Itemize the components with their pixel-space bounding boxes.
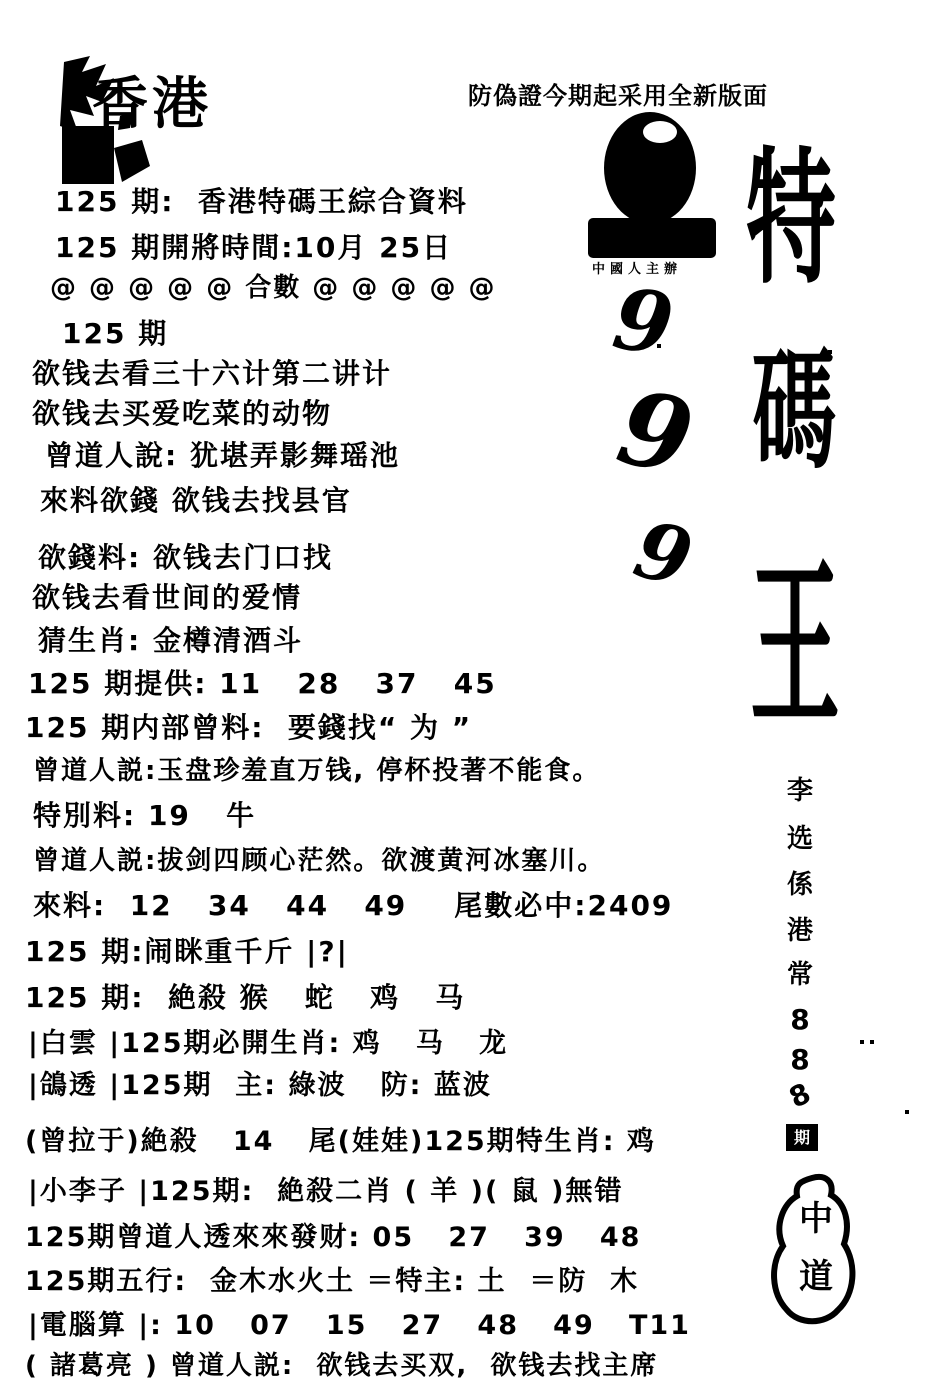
anti-counterfeit-slogan: 防偽證今期起采用全新版面 bbox=[468, 76, 768, 111]
portrait-silhouette bbox=[560, 108, 735, 260]
line-money-tip-3: 欲钱去看世间的爱情 bbox=[32, 582, 302, 614]
seal-char-top: 中 bbox=[799, 1199, 833, 1239]
line-combined-number: @ @ @ @ @ 合數 @ @ @ @ @ bbox=[50, 274, 497, 304]
tip-sheet-page: 香港 防偽證今期起采用全新版面 中國人主辦 特 碼 王 9 9 9 李 选 係 … bbox=[0, 0, 938, 1388]
line-lailiao-numbers: 來料: 12 34 44 49 尾數必中:2409 bbox=[33, 890, 673, 922]
scan-speck bbox=[870, 1040, 874, 1044]
line-computer-calc: |電腦算 |: 10 07 15 27 48 49 T11 bbox=[28, 1310, 691, 1341]
side-column-char: 李 bbox=[783, 778, 817, 804]
line-jue-sha: 125 期: 絶殺 猴 蛇 鸡 马 bbox=[25, 982, 465, 1014]
side-column-boxed-char: 期 bbox=[786, 1124, 818, 1151]
line-money-tip-2: 欲钱去买爱吃菜的动物 bbox=[32, 398, 332, 430]
side-column-digit: 8 bbox=[783, 1006, 817, 1034]
line-getou: |鴿透 |125期 主: 綠波 防: 蓝波 bbox=[28, 1070, 492, 1101]
line-riddle: 125 期:闹眯重千斤 |?| bbox=[25, 936, 349, 968]
masthead-char-te: 特 bbox=[746, 146, 836, 292]
side-column-char: 常 bbox=[783, 962, 817, 988]
line-yuqian-liao: 欲錢料: 欲钱去门口找 bbox=[38, 542, 333, 574]
side-column-char: 港 bbox=[783, 918, 817, 944]
line-zhugeliang: ( 諸葛亮 ) 曾道人説: 欲钱去买双, 欲钱去找主席 bbox=[25, 1352, 658, 1382]
line-issue-title: 125 期: 香港特碼王綜合資料 bbox=[55, 186, 468, 218]
script-nine-2: 9 bbox=[610, 376, 701, 491]
masthead-char-ma: 碼 bbox=[752, 346, 836, 476]
gourd-seal: 中 道 bbox=[766, 1172, 866, 1332]
line-money-tip-1: 欲钱去看三十六计第二讲计 bbox=[32, 358, 392, 390]
line-special-liao: 特別料: 19 牛 bbox=[33, 800, 256, 832]
line-wuxing: 125期五行: 金木水火土 ＝特主: 土 ＝防 木 bbox=[25, 1266, 639, 1297]
masthead-char-wang: 王 bbox=[750, 556, 840, 736]
line-zengdaoren-2: 曾道人説:玉盘珍羞直万钱, 停杯投著不能食。 bbox=[33, 757, 600, 787]
side-column-char: 选 bbox=[783, 826, 817, 852]
line-facai-numbers: 125期曾道人透來來發财: 05 27 39 48 bbox=[25, 1222, 641, 1253]
side-column-digit: 8 bbox=[779, 1076, 822, 1116]
scan-speck bbox=[657, 344, 661, 348]
line-issue: 125 期 bbox=[62, 318, 168, 350]
line-xiaolizi: |小李子 |125期: 絶殺二肖 ( 羊 )( 鼠 )無错 bbox=[28, 1176, 623, 1207]
line-provided-numbers: 125 期提供: 11 28 37 45 bbox=[28, 668, 497, 700]
line-draw-time: 125 期開將時間:10月 25日 bbox=[55, 232, 452, 264]
page-logo-text: 香港 bbox=[92, 60, 212, 140]
line-zenglayu: (曾拉于)絶殺 14 尾(娃娃)125期特生肖: 鸡 bbox=[25, 1126, 656, 1157]
seal-char-bottom: 道 bbox=[799, 1257, 833, 1297]
scan-speck bbox=[905, 1110, 909, 1114]
script-nine-1: 9 bbox=[608, 276, 678, 367]
line-zodiac-guess: 猜生肖: 金樽清酒斗 bbox=[38, 625, 303, 657]
scan-speck bbox=[860, 1040, 864, 1044]
line-zengdaoren-3: 曾道人説:拔剑四顾心茫然。欲渡黄河冰塞川。 bbox=[33, 847, 605, 877]
side-column-char: 係 bbox=[783, 872, 817, 898]
line-baiyun: |白雲 |125期必開生肖: 鸡 马 龙 bbox=[28, 1028, 508, 1059]
script-nine-3: 9 bbox=[627, 511, 699, 600]
line-lailiao-tip: 來料欲錢 欲钱去找县官 bbox=[40, 485, 352, 517]
line-zengdaoren-1: 曾道人說: 犹堪弄影舞瑶池 bbox=[45, 440, 400, 472]
side-column-digit: 8 bbox=[783, 1046, 817, 1074]
line-internal-tip: 125 期内部曾料: 要錢找“ 为 ” bbox=[25, 712, 472, 744]
scan-speck bbox=[828, 350, 832, 354]
